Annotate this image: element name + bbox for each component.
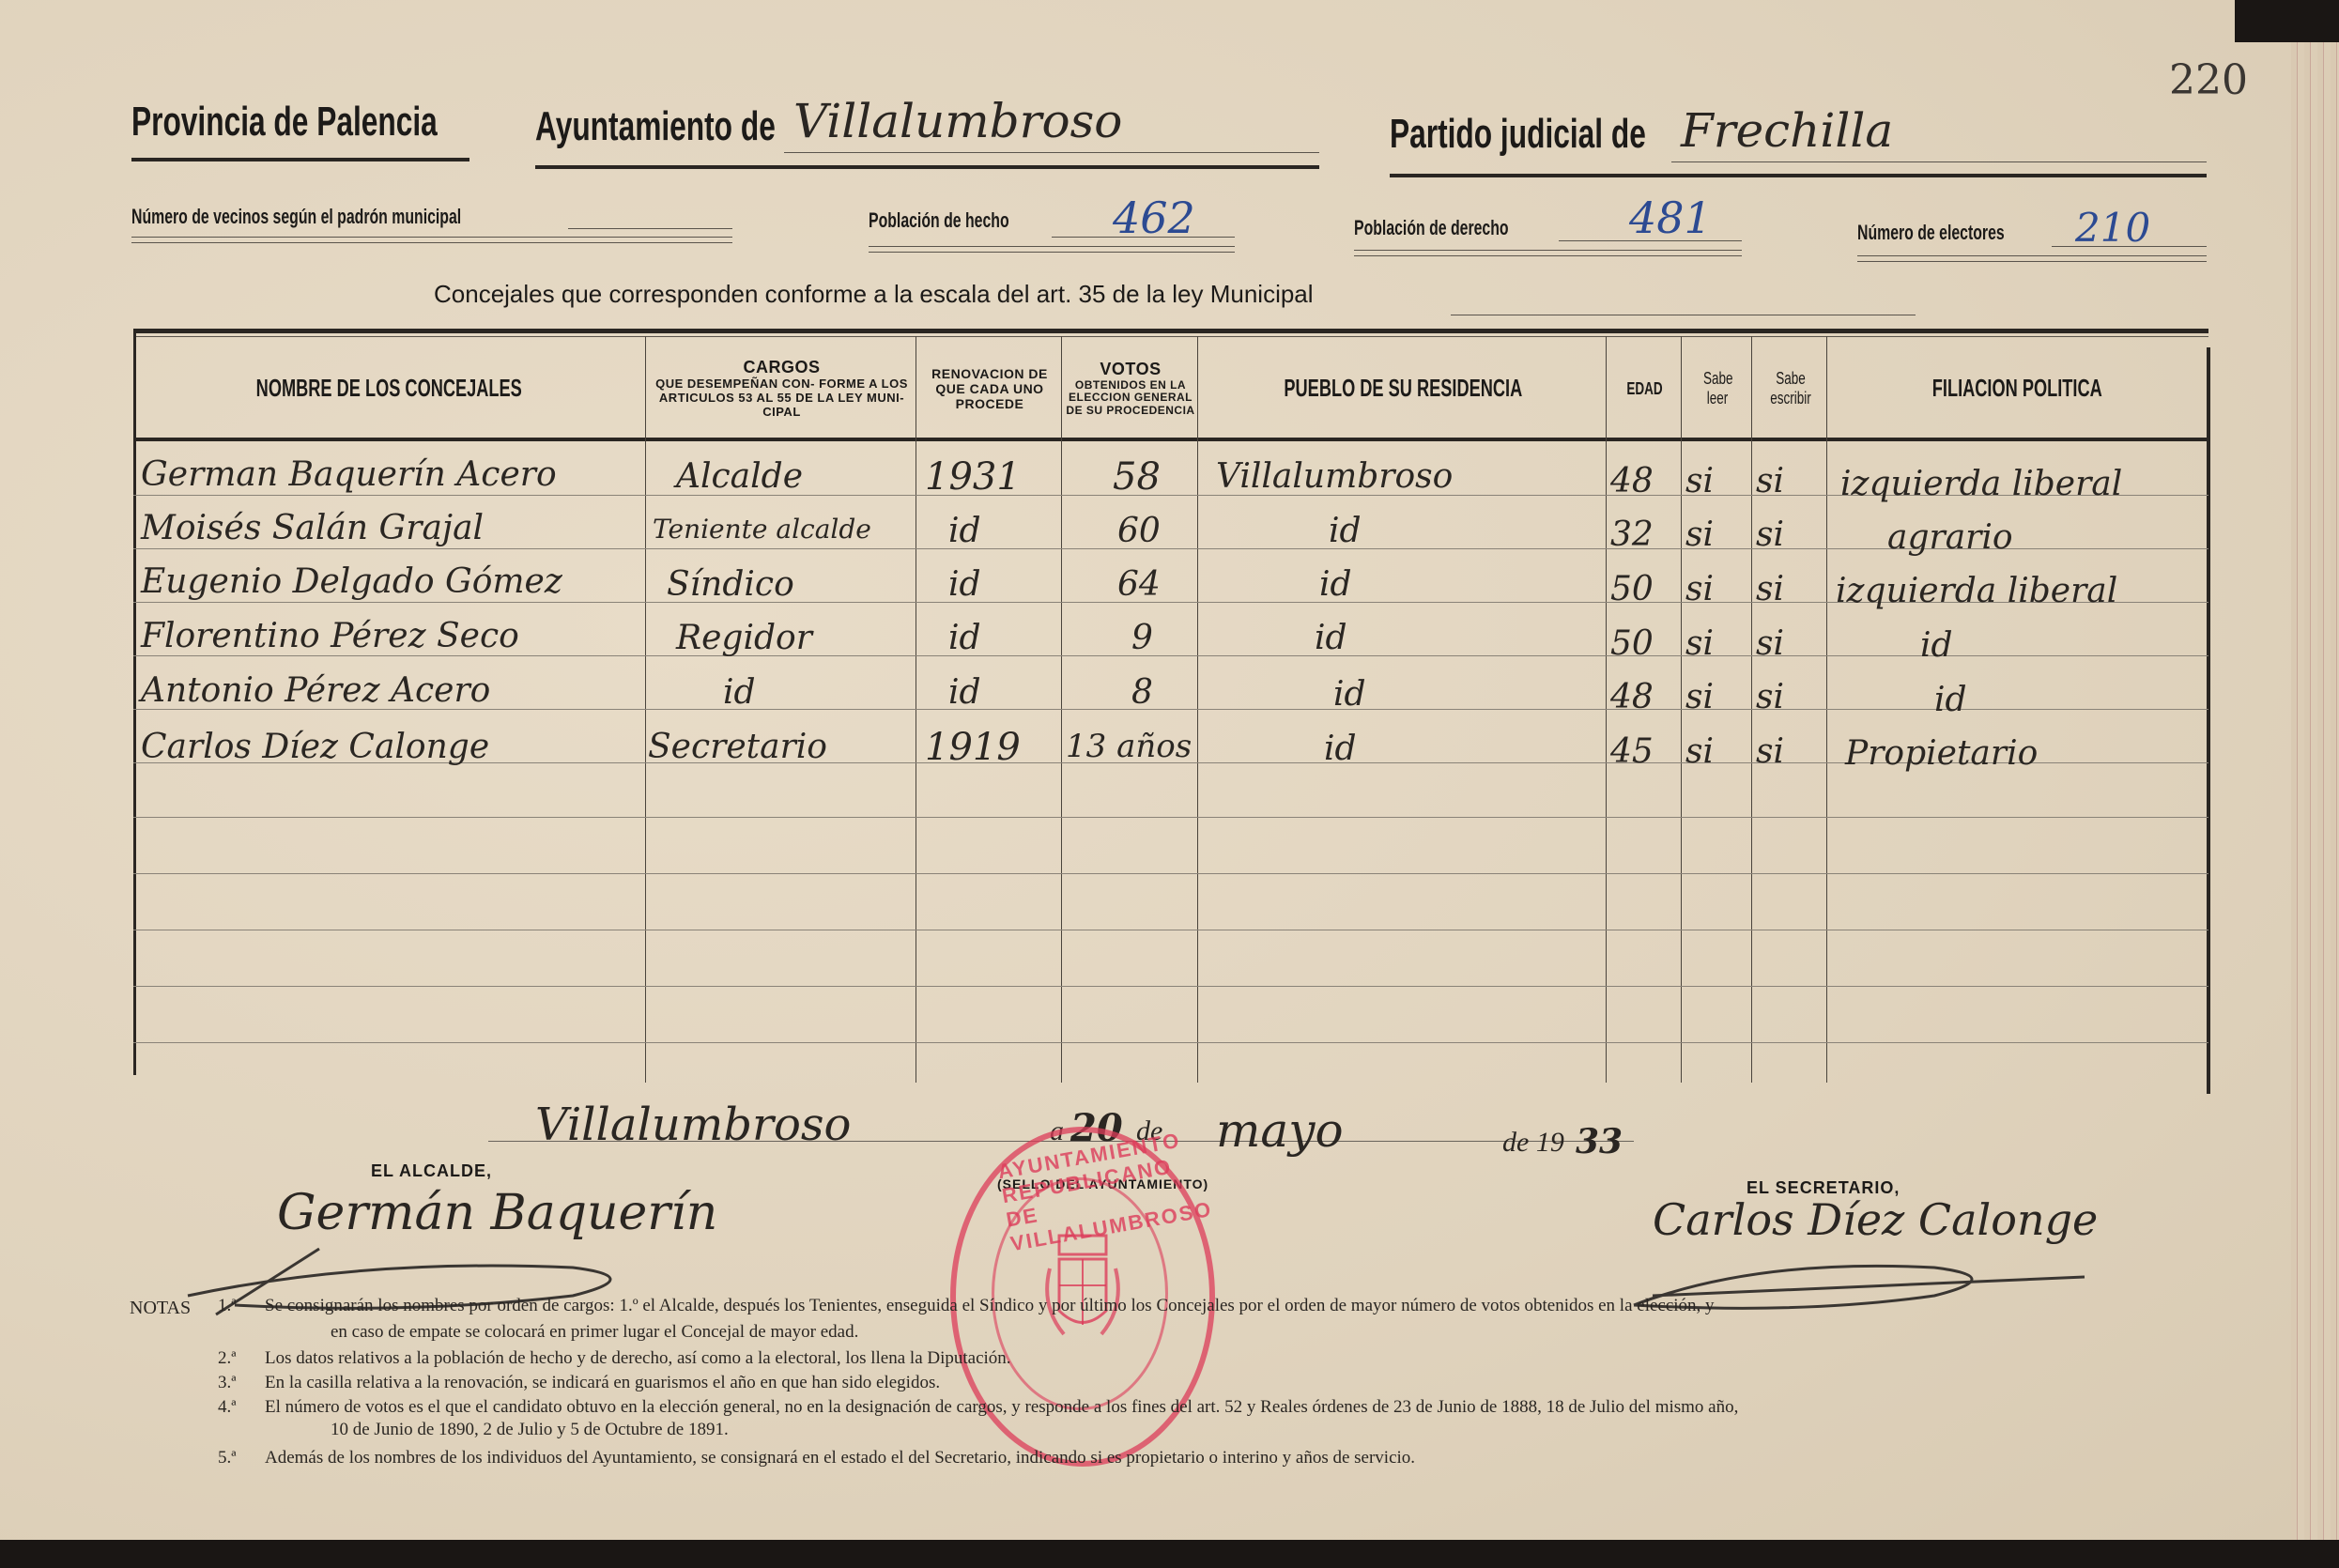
cell-nombre: Carlos Díez Calonge [141,730,489,764]
cell-edad: 45 [1610,735,1654,769]
header-sabe-leer: Sabe leer [1684,340,1751,438]
header-pueblo: PUEBLO DE SU RESIDENCIA [1200,340,1606,438]
cell-votos: 8 [1131,676,1153,710]
note-number: 1.ª [218,1296,237,1316]
partido-value: Frechilla [1681,103,1893,158]
partido-underline [1390,174,2207,177]
table-top-border [133,329,2208,333]
table-left-border [133,329,136,1075]
hecho-value: 462 [1113,192,1195,243]
cell-filiacion: izquierda liberal [1836,575,2117,608]
page-stack-edge [2291,42,2339,1545]
background-shadow [0,1540,2339,1568]
vecinos-underline-2 [131,242,732,243]
cell-cargos: Alcalde [676,460,803,494]
ayuntamiento-fill-line [784,152,1319,153]
hecho-label: Población de hecho [869,208,1009,233]
electores-fill-line [2052,246,2207,247]
electores-underline [1857,255,2207,256]
cell-escribir: si [1756,465,1784,499]
cell-renovacion: id [948,622,981,655]
vecinos-label: Número de vecinos según el padrón munici… [131,205,461,229]
cell-renovacion: id [948,515,981,548]
note-number: 3.ª [218,1373,237,1393]
cell-leer: si [1685,465,1714,499]
note-number: 2.ª [218,1348,237,1369]
header-votos: VOTOS OBTENIDOS EN LA ELECCION GENERAL D… [1064,340,1197,438]
subtitle: Concejales que corresponden conforme a l… [434,280,1314,309]
header-edad: EDAD [1608,340,1681,438]
cell-edad: 48 [1610,465,1654,499]
note-text: En la casilla relativa a la renovación, … [265,1373,940,1393]
cell-escribir: si [1756,573,1784,607]
cell-votos: 9 [1131,622,1153,655]
cell-escribir: si [1756,518,1784,552]
cell-nombre: Moisés Salán Grajal [141,512,484,546]
cell-leer: si [1685,573,1714,607]
vecinos-fill-line [568,228,732,229]
seal-text: AYUNTAMIENTO REPUBLICANO DE VILLALUMBROS… [996,1125,1217,1257]
ayuntamiento-underline [535,165,1319,169]
header-sabe-escribir: Sabe escribir [1754,340,1826,438]
cell-edad: 32 [1610,518,1654,552]
province-label: Provincia de Palencia [131,99,438,146]
ayuntamiento-value: Villalumbroso [793,94,1122,148]
note-text: Además de los nombres de los individuos … [265,1448,1415,1468]
notes-label: NOTAS [130,1298,191,1319]
table-top-border-inner [133,336,2208,337]
partido-fill-line [1671,161,2207,162]
cell-leer: si [1685,627,1714,661]
cell-nombre: Antonio Pérez Acero [141,674,490,708]
cell-cargos: Secretario [648,730,827,764]
cell-renovacion: id [948,568,981,602]
vecinos-underline [131,237,732,238]
header-cargos: CARGOS QUE DESEMPEÑAN CON- FORME A LOS A… [648,340,916,438]
hecho-underline [869,246,1235,247]
note-text-cont: 10 de Junio de 1890, 2 de Julio y 5 de O… [331,1420,729,1440]
row-line [133,1042,2208,1043]
note-text: Se consignarán los nombres por orden de … [265,1296,1715,1316]
derecho-underline [1354,250,1742,251]
cell-cargos: Síndico [667,568,794,602]
derecho-underline-2 [1354,255,1742,256]
cell-pueblo: id [1319,568,1352,602]
cell-edad: 48 [1610,681,1654,715]
cell-pueblo: id [1324,732,1357,766]
cell-filiacion: izquierda liberal [1840,468,2122,501]
row-line [133,930,2208,930]
row-line [133,817,2208,818]
partido-label: Partido judicial de [1390,111,1646,158]
cell-leer: si [1685,518,1714,552]
note-text: Los datos relativos a la población de he… [265,1348,1011,1369]
province-underline [131,158,469,161]
row-line [133,873,2208,874]
cell-edad: 50 [1610,627,1654,661]
row-line [133,655,2208,656]
cell-votos: 58 [1113,458,1161,496]
date-year-suffix: 33 [1576,1122,1623,1161]
header-filiacion: FILIACION POLITICA [1829,340,2205,438]
cell-escribir: si [1756,681,1784,715]
cell-renovacion: 1919 [925,729,1021,766]
note-number: 5.ª [218,1448,237,1468]
cell-filiacion: id [1920,629,1953,663]
cell-renovacion: 1931 [925,458,1021,496]
cell-edad: 50 [1610,573,1654,607]
date-year-prefix: de 19 [1502,1127,1564,1159]
cell-votos: 64 [1117,568,1161,602]
derecho-fill-line [1559,240,1742,241]
table-header-divider [133,438,2208,441]
cell-filiacion: id [1934,684,1967,717]
date-place: Villalumbroso [535,1099,851,1151]
table-right-border [2207,347,2210,1094]
cell-cargos: id [723,676,756,710]
cell-votos: 13 años [1066,730,1192,762]
secretario-signature: Carlos Díez Calonge [1653,1194,2098,1245]
electores-label: Número de electores [1857,221,2005,245]
cell-cargos: Regidor [676,622,812,655]
cell-votos: 60 [1117,515,1161,548]
hecho-fill-line [1052,237,1235,238]
cell-escribir: si [1756,735,1784,769]
cell-pueblo: id [1333,678,1366,712]
page-number: 220 [2169,56,2248,104]
row-line [133,986,2208,987]
background-shadow [2235,0,2339,42]
subtitle-fill-line [1451,315,1916,315]
cell-pueblo: id [1315,622,1347,655]
header-renovacion: RENOVACION DE QUE CADA UNO PROCEDE [918,340,1061,438]
note-text-cont: en caso de empate se colocará en primer … [331,1322,858,1343]
cell-nombre: German Baquerín Acero [141,458,557,492]
electores-underline-2 [1857,261,2207,262]
cell-leer: si [1685,735,1714,769]
cell-cargos: Teniente alcalde [653,516,871,543]
hecho-underline-2 [869,252,1235,253]
alcalde-label: EL ALCALDE, [371,1161,492,1181]
header-nombre: NOMBRE DE LOS CONCEJALES [133,340,645,438]
derecho-value: 481 [1629,192,1712,243]
electores-value: 210 [2075,205,2150,251]
cell-filiacion: Propietario [1845,737,2038,771]
cell-nombre: Eugenio Delgado Gómez [141,565,562,599]
cell-renovacion: id [948,676,981,710]
ayuntamiento-label: Ayuntamiento de [535,103,776,150]
cell-escribir: si [1756,627,1784,661]
cell-pueblo: Villalumbroso [1216,460,1453,494]
note-text: El número de votos es el que el candidat… [265,1397,1738,1418]
date-month: mayo [1216,1103,1344,1158]
cell-filiacion: agrario [1887,521,2013,555]
derecho-label: Población de derecho [1354,216,1509,240]
cell-pueblo: id [1329,515,1362,548]
cell-leer: si [1685,681,1714,715]
alcalde-signature: Germán Baquerín [277,1185,717,1241]
note-number: 4.ª [218,1397,237,1418]
cell-nombre: Florentino Pérez Seco [141,620,519,653]
